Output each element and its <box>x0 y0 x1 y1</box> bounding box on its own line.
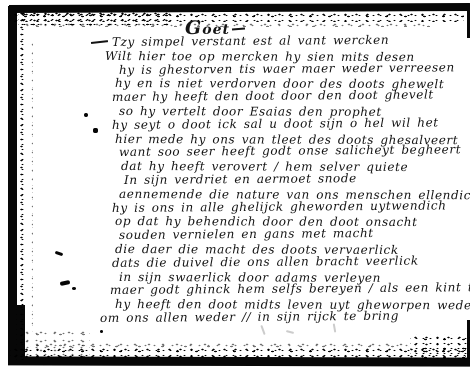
ink-blot <box>93 128 98 133</box>
manuscript-line: dats die duivel die ons allen bracht vee… <box>112 254 470 271</box>
manuscript-line: Tzy simpel verstant est al vant wercken <box>112 33 470 50</box>
scanned-page: Goet Tzy simpel verstant est al vant wer… <box>0 0 470 372</box>
faint-pencil-mark <box>286 330 294 334</box>
ink-blot <box>72 287 76 290</box>
manuscript-line: hy is ons in alle ghelijck gheworden uyt… <box>112 199 470 216</box>
ink-blot <box>55 251 64 256</box>
ink-blot <box>84 113 88 117</box>
ink-blot <box>100 330 103 333</box>
scan-noise-bottom-right-corner <box>410 334 470 360</box>
manuscript-line: hy is ghestorven tis waer maer weder ver… <box>119 61 470 78</box>
ink-blot <box>60 280 71 286</box>
scan-noise-bottom-left-corner <box>20 328 90 358</box>
manuscript-line: maer hy heeft den doot door den doot ghe… <box>112 88 470 105</box>
manuscript-line: souden vernielen en gans met macht <box>119 226 470 243</box>
manuscript-line: hy seyt o doot ick sal u doot sijn o hel… <box>112 116 470 133</box>
manuscript-line: maer godt ghinck hem selfs bereyen / als… <box>110 282 470 299</box>
scan-noise-left-faint <box>26 40 33 332</box>
manuscript-text-block: Tzy simpel verstant est al vant wercken … <box>112 36 470 326</box>
manuscript-line: om ons allen weder // in sijn rijck te b… <box>100 309 470 326</box>
faint-pencil-mark <box>260 325 265 335</box>
manuscript-line: want soo seer heeft godt onse salicheyt … <box>119 144 470 161</box>
manuscript-line: In sijn verdriet en aermoet snode <box>124 171 470 188</box>
